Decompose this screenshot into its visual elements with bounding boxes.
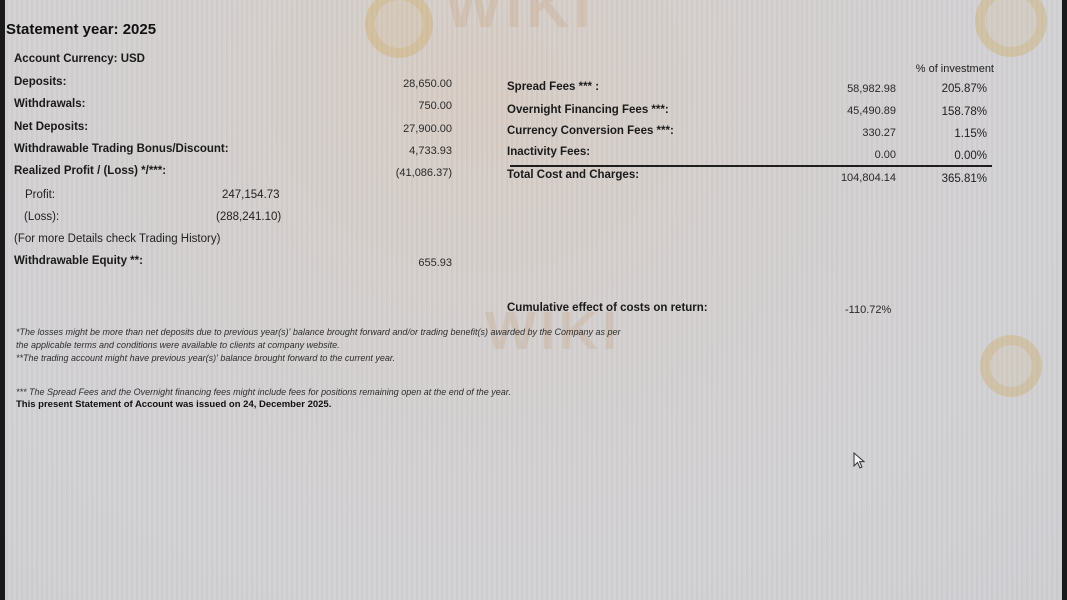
statement-screen: WIKI WIKI Statement year: 2025 Account C… — [5, 0, 1062, 600]
overnight-fees-amount: 45,490.89 — [847, 105, 896, 117]
loss-value: (288,241.10) — [216, 211, 281, 223]
footnote-1-line-2: the applicable terms and conditions were… — [16, 340, 340, 350]
withdrawals-label: Withdrawals: — [14, 98, 85, 110]
realized-pl-label: Realized Profit / (Loss) */***: — [14, 165, 166, 177]
inactivity-fees-amount: 0.00 — [875, 149, 896, 161]
inactivity-fees-label: Inactivity Fees: — [507, 146, 590, 158]
watermark-text: WIKI — [445, 0, 594, 41]
net-deposits-label: Net Deposits: — [14, 121, 88, 133]
total-cost-pct: 365.81% — [942, 173, 987, 185]
spread-fees-pct: 205.87% — [942, 83, 987, 95]
overnight-fees-label: Overnight Financing Fees ***: — [507, 104, 669, 116]
total-cost-amount: 104,804.14 — [841, 172, 896, 184]
total-cost-label: Total Cost and Charges: — [507, 169, 639, 181]
watermark-logo-icon — [365, 0, 433, 58]
conversion-fees-pct: 1.15% — [954, 128, 987, 140]
trading-bonus-label: Withdrawable Trading Bonus/Discount: — [14, 143, 229, 155]
withdrawable-equity-value: 655.93 — [418, 257, 452, 269]
statement-title: Statement year: 2025 — [6, 21, 156, 38]
footnote-1-line-1: *The losses might be more than net depos… — [16, 327, 621, 337]
cumulative-effect-label: Cumulative effect of costs on return: — [507, 302, 708, 314]
profit-value: 247,154.73 — [222, 189, 280, 201]
watermark-logo-icon — [975, 0, 1047, 57]
mouse-pointer-icon — [853, 452, 867, 470]
footnote-2: **The trading account might have previou… — [16, 353, 395, 363]
total-divider — [510, 165, 992, 167]
withdrawable-equity-label: Withdrawable Equity **: — [14, 255, 143, 267]
conversion-fees-amount: 330.27 — [862, 127, 896, 139]
footnote-3: *** The Spread Fees and the Overnight fi… — [16, 387, 511, 397]
spread-fees-amount: 58,982.98 — [847, 83, 896, 95]
withdrawals-value: 750.00 — [418, 100, 452, 112]
issued-date-note: This present Statement of Account was is… — [16, 399, 331, 410]
deposits-value: 28,650.00 — [403, 78, 452, 90]
inactivity-fees-pct: 0.00% — [954, 150, 987, 162]
details-note: (For more Details check Trading History) — [14, 233, 220, 245]
net-deposits-value: 27,900.00 — [403, 123, 452, 135]
conversion-fees-label: Currency Conversion Fees ***: — [507, 125, 674, 137]
profit-label: Profit: — [25, 189, 55, 201]
account-currency: Account Currency: USD — [14, 53, 145, 65]
realized-pl-value: (41,086.37) — [396, 167, 452, 179]
spread-fees-label: Spread Fees *** : — [507, 81, 599, 93]
watermark-logo-icon — [980, 335, 1042, 397]
pct-investment-header: % of investment — [916, 63, 994, 75]
loss-label: (Loss): — [24, 211, 59, 223]
deposits-label: Deposits: — [14, 76, 66, 88]
overnight-fees-pct: 158.78% — [942, 106, 987, 118]
cumulative-effect-value: -110.72% — [845, 304, 891, 316]
trading-bonus-value: 4,733.93 — [409, 145, 452, 157]
